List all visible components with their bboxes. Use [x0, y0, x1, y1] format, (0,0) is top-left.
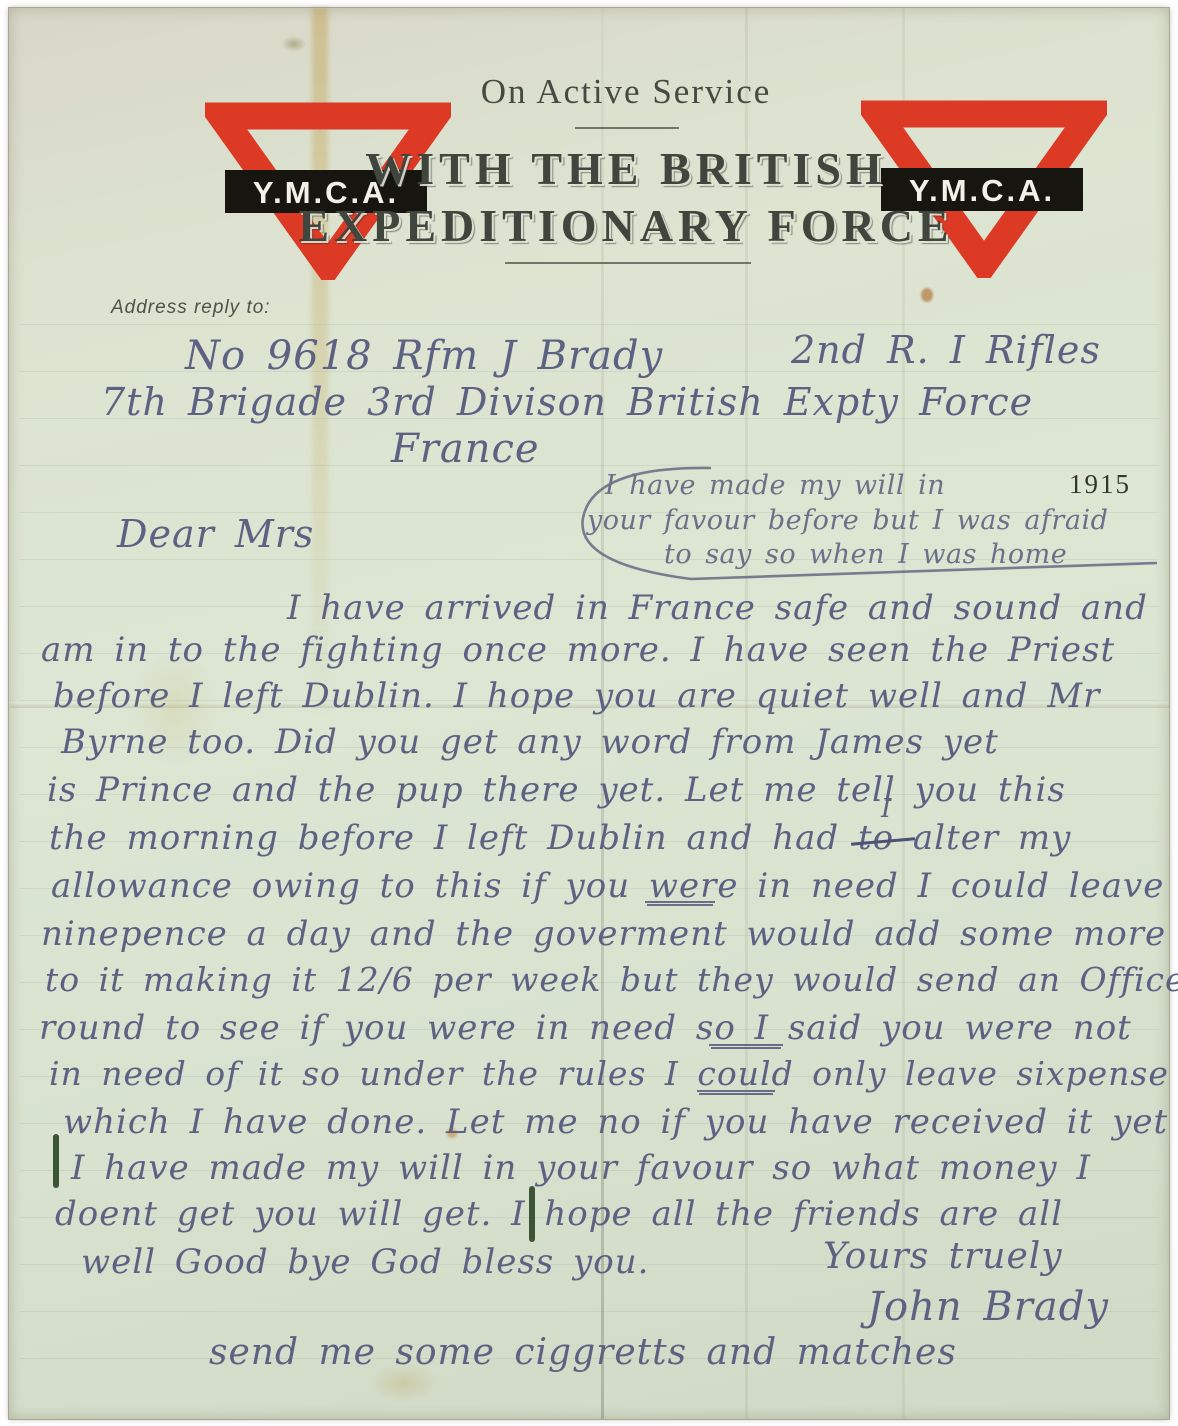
- signature: John Brady: [867, 1284, 1109, 1330]
- letter-line: round to see if you were in need so I sa…: [39, 1008, 1132, 1048]
- address-line1-left: No 9618 Rfm J Brady: [185, 333, 663, 379]
- address-line3: France: [391, 426, 540, 472]
- letter-paper: Y.M.C.A. Y.M.C.A. On Active Service WITH…: [9, 8, 1169, 1419]
- heading-rule-bottom: [505, 262, 751, 264]
- letter-line: well Good bye God bless you.: [81, 1242, 649, 1282]
- postscript: send me some ciggretts and matches: [209, 1332, 957, 1373]
- letter-line: which I have done. Let me no if you have…: [63, 1102, 1168, 1142]
- underline-need-1: [645, 901, 715, 903]
- letter-line: to it making it 12/6 per week but they w…: [45, 960, 1178, 999]
- annotation-line: your favour before but I was afraid: [587, 505, 1108, 536]
- stain-rust-1: [921, 288, 933, 302]
- letter-line: allowance owing to this if you were in n…: [51, 866, 1164, 906]
- annotation-line: I have made my will in: [605, 470, 945, 501]
- printed-year: 1915: [1069, 469, 1131, 500]
- greeting: Dear Mrs: [117, 512, 314, 556]
- scanned-letter-page: Y.M.C.A. Y.M.C.A. On Active Service WITH…: [0, 0, 1178, 1426]
- heading-rule-top: [575, 127, 679, 129]
- title-line-1: WITH THE BRITISH: [276, 142, 976, 195]
- service-heading: On Active Service: [276, 72, 976, 112]
- letter-line: the morning before I left Dublin and had…: [49, 818, 1071, 858]
- inserted-word: I: [881, 794, 891, 824]
- valediction: Yours truely: [823, 1236, 1063, 1277]
- green-ink-mark-start: [53, 1134, 59, 1188]
- letter-line: before I left Dublin. I hope you are qui…: [53, 676, 1100, 716]
- letter-line: Byrne too. Did you get any word from Jam…: [61, 722, 999, 762]
- letter-line: am in to the fighting once more. I have …: [41, 630, 1115, 670]
- address-line2: 7th Brigade 3rd Divison British Expty Fo…: [101, 380, 1033, 424]
- address-line1-right: 2nd R. I Rifles: [791, 328, 1101, 372]
- annotation-line: to say so when I was home: [664, 539, 1067, 570]
- underline-need-2: [709, 1044, 783, 1046]
- letter-line: I have arrived in France safe and sound …: [287, 588, 1148, 628]
- address-reply-label: Address reply to:: [111, 297, 271, 319]
- letter-line: doent get you will get. I hope all the f…: [55, 1194, 1063, 1234]
- letter-line: is Prince and the pup there yet. Let me …: [47, 770, 1066, 810]
- title-line-2: EXPEDITIONARY FORCE: [276, 199, 976, 252]
- stain-top-edge: [281, 36, 307, 52]
- letter-line: I have made my will in your favour so wh…: [71, 1148, 1091, 1188]
- letter-line: in need of it so under the rules I could…: [49, 1054, 1169, 1093]
- letter-line: ninepence a day and the goverment would …: [41, 914, 1166, 954]
- underline-rules: [697, 1090, 775, 1092]
- green-ink-mark-end: [529, 1186, 535, 1242]
